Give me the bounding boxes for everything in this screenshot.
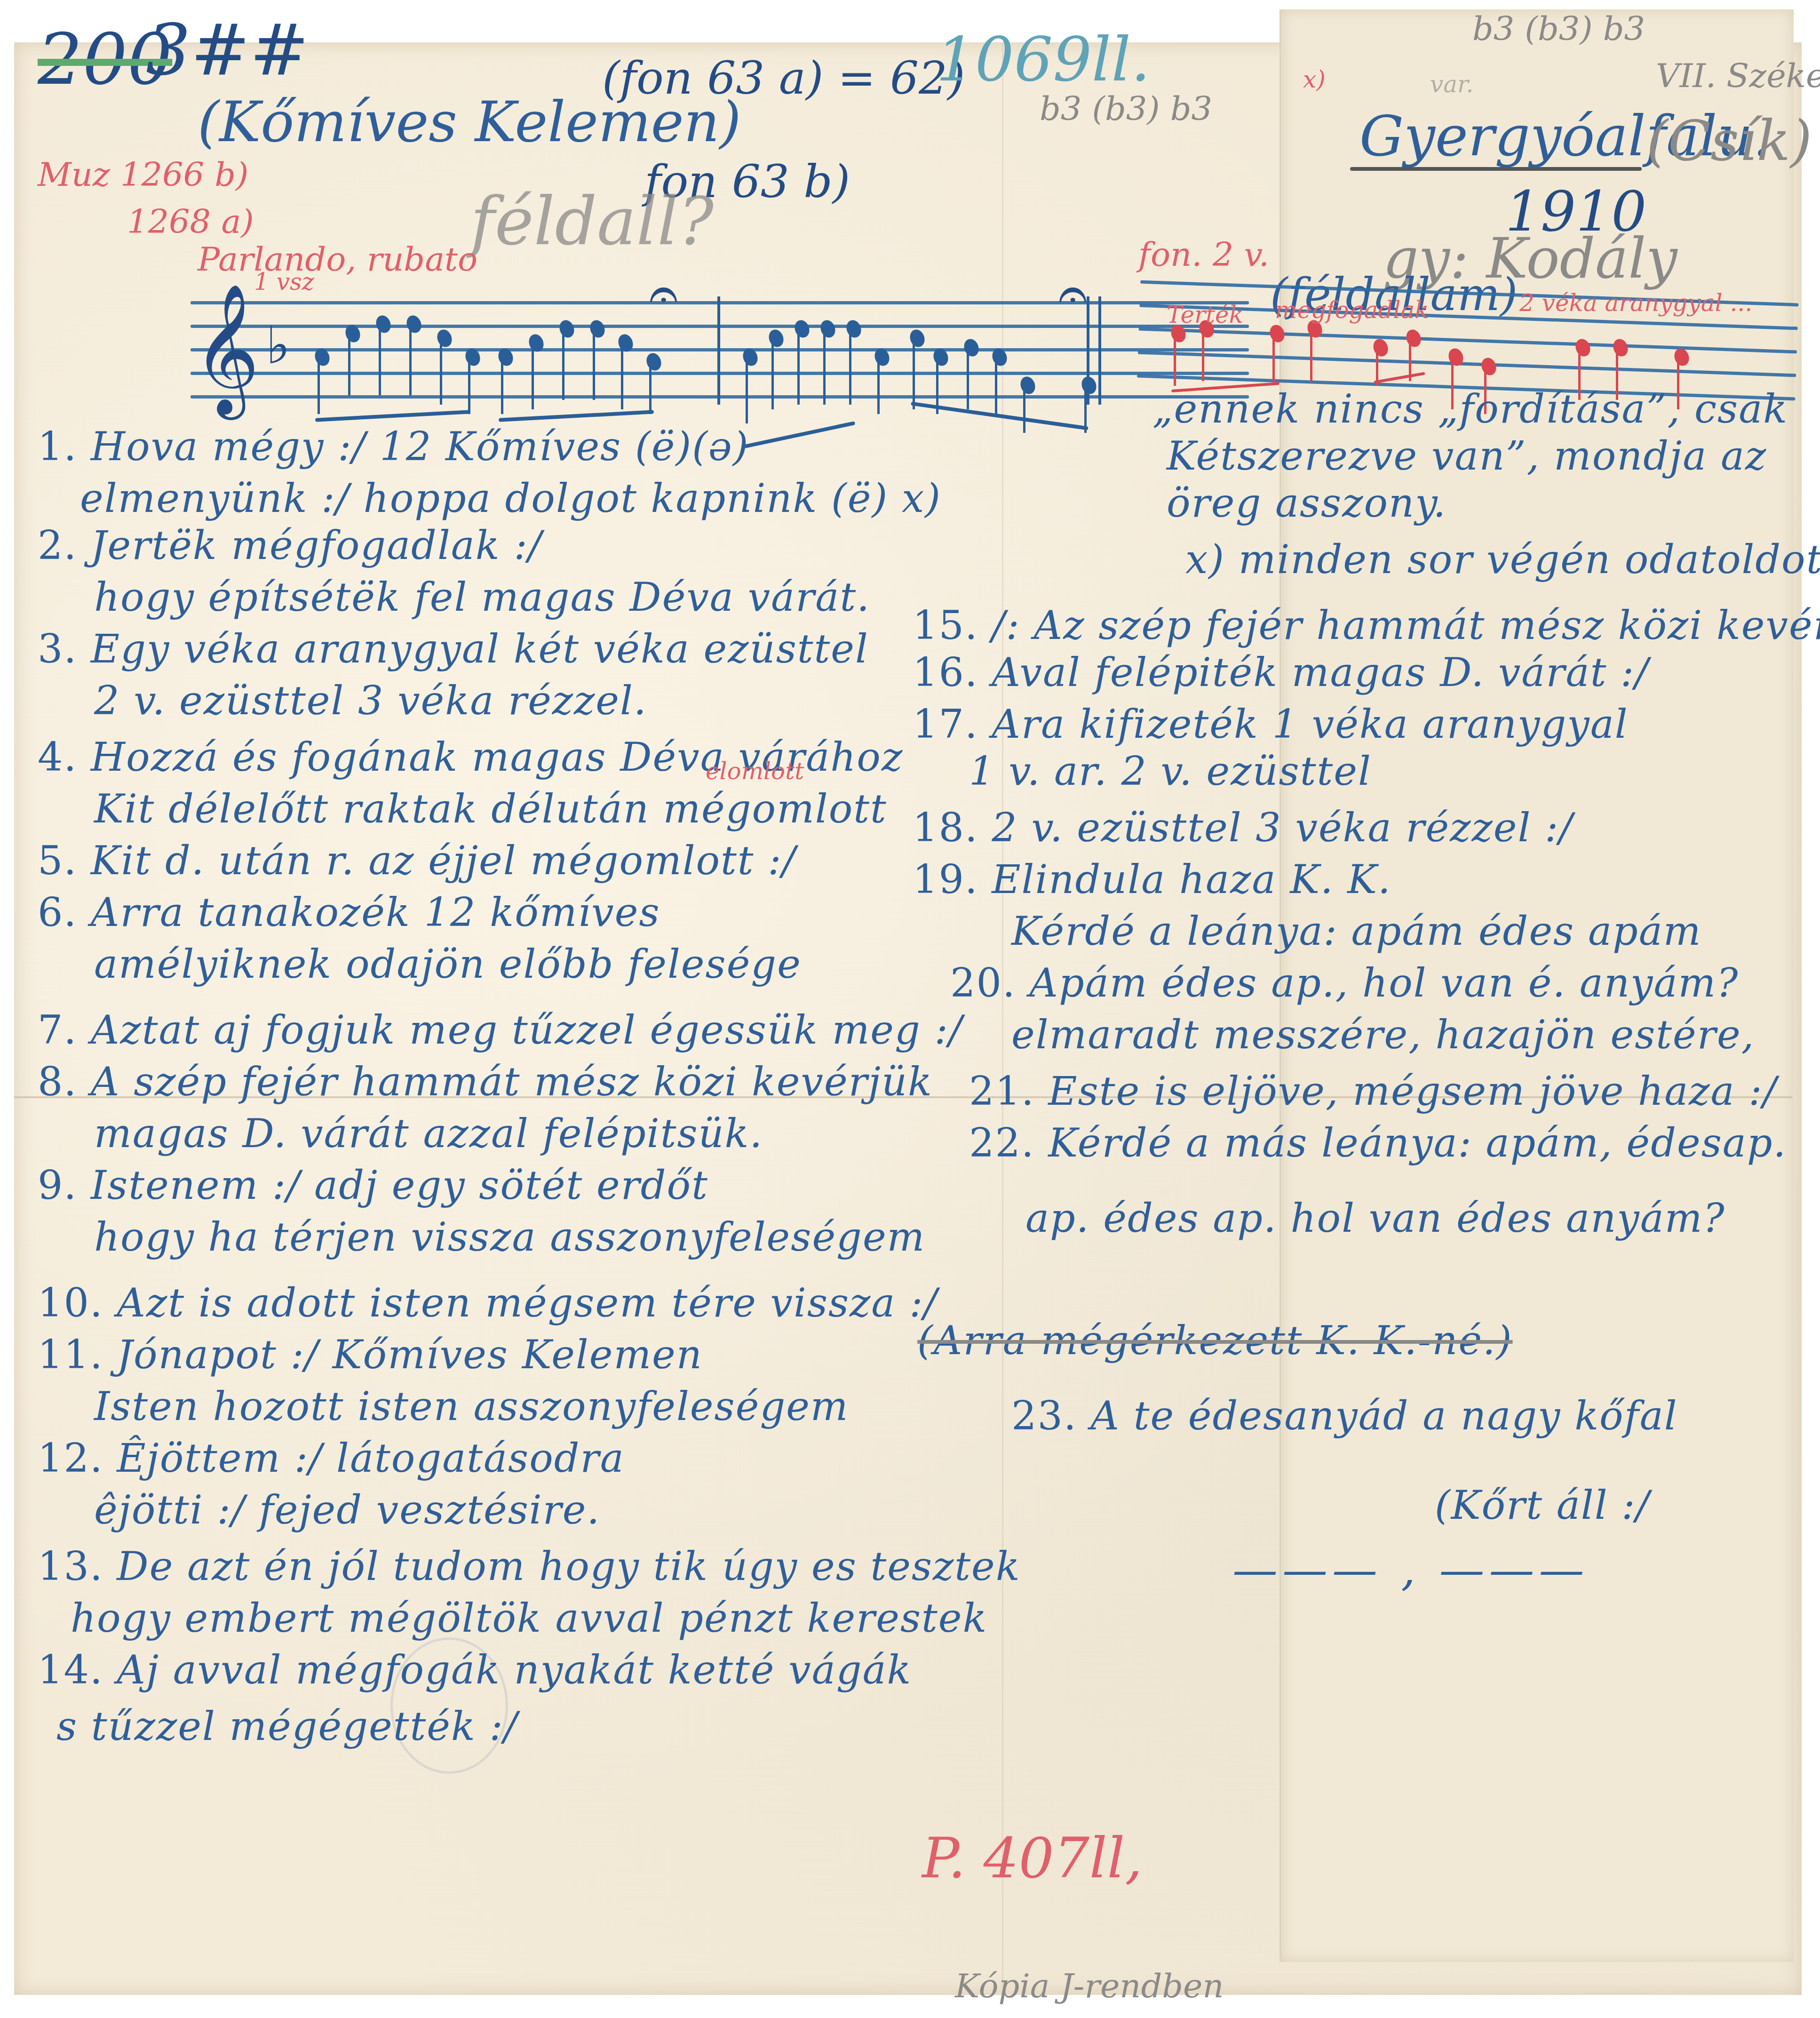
- verse-number: 15.: [913, 602, 978, 648]
- pencil-codes-right: b3 (b3) b3: [1472, 9, 1645, 48]
- verse-number: 7.: [38, 1007, 77, 1053]
- reference-a: (fon 63 a) = 62): [602, 52, 965, 104]
- verse-line: Isten hozott isten asszonyfeleségem: [94, 1383, 849, 1429]
- treble-clef-icon: 𝄞: [193, 282, 260, 415]
- closing-mark: ——— , ———: [1232, 1543, 1589, 1596]
- verse-number: 5.: [38, 838, 77, 884]
- verse-number: 13.: [38, 1543, 103, 1589]
- verse-line: magas D. várát azzal felépitsük.: [94, 1110, 763, 1157]
- location-underline: [1350, 167, 1642, 171]
- verse-number: 14.: [38, 1647, 103, 1693]
- catalog-number-teal: 1069ll.: [936, 24, 1150, 95]
- verse-number: 18.: [913, 805, 978, 851]
- flat-key-icon: ♭: [266, 315, 290, 375]
- verse-line: elmenyünk :/ hoppa dolgot kapnink (ë) x): [80, 475, 941, 521]
- verse-line: amélyiknek odajön előbb felesége: [94, 941, 802, 987]
- verse-line: Egy véka aranygyal két véka ezüsttel: [91, 626, 869, 672]
- verse-line: Aztat aj fogjuk meg tűzzel égessük meg :…: [91, 1007, 963, 1053]
- verse-line: De azt én jól tudom hogy tik úgy es tesz…: [117, 1543, 1020, 1589]
- museum-reference-2: 1268 a): [127, 202, 254, 241]
- verse-number: 4.: [38, 734, 77, 780]
- cancelled-line: (Arra mégérkezett K. K.-né.): [917, 1317, 1513, 1364]
- fermata-icon-1: 𝄐: [649, 263, 678, 325]
- verse-number: 22.: [969, 1120, 1035, 1166]
- verse-number: 8.: [38, 1059, 77, 1105]
- verse-number: 12.: [38, 1435, 103, 1481]
- verse-number: 10.: [38, 1280, 103, 1326]
- region-roman: VII. Székely: [1656, 56, 1820, 95]
- verse-line: êjötti :/ fejed vesztésire.: [94, 1487, 600, 1533]
- verse-number: 19.: [913, 856, 978, 902]
- verse-line: hogy embert mégöltök avval pénzt kereste…: [71, 1595, 987, 1641]
- verse-number: 9.: [38, 1162, 77, 1208]
- verse-line: Jertëk mégfogadlak :/: [91, 522, 542, 568]
- verse-line: Aval felépiték magas D. várát :/: [992, 649, 1649, 695]
- verse-line: 1 v. ar. 2 v. ezüsttel: [969, 748, 1372, 794]
- verse-number: 6.: [38, 889, 77, 935]
- verse-number: 2.: [38, 522, 77, 568]
- verse-line: 2 v. ezüsttel 3 véka rézzel.: [94, 678, 647, 724]
- verse-line: A szép fejér hammát mész közi kevérjük: [91, 1059, 933, 1105]
- verse-number: 20.: [950, 960, 1016, 1006]
- red-lyric-3: 2 véka aranygyal ...: [1519, 289, 1752, 317]
- region-pencil: (Csík): [1646, 108, 1812, 173]
- verse-line: Elindula haza K. K.: [992, 856, 1391, 902]
- verse-line: Este is eljöve, mégsem jöve haza :/: [1048, 1068, 1777, 1114]
- verse-line: (Kőrt áll :/: [1435, 1482, 1650, 1528]
- verse-1-marks: 1 vsz: [254, 268, 314, 295]
- verse-line: Jónapot :/ Kőmíves Kelemen: [117, 1332, 703, 1378]
- verse-number: 21.: [969, 1068, 1035, 1114]
- note-line-2: Kétszerezve van”, mondja az: [1167, 433, 1767, 479]
- verse-line: Kit d. után r. az éjjel mégomlott :/: [91, 838, 796, 884]
- verse-line: Istenem :/ adj egy sötét erdőt: [91, 1162, 708, 1208]
- verse-2-marks: fon. 2 v.: [1138, 235, 1269, 274]
- verse-number: 16.: [913, 649, 978, 695]
- note-line-3: öreg asszony.: [1167, 480, 1446, 526]
- verse-line: Arra tanakozék 12 kőmíves: [91, 889, 660, 935]
- verse-line: ap. édes ap. hol van édes anyám?: [1025, 1195, 1725, 1241]
- verse-number: 1.: [38, 423, 77, 470]
- red-catalog-number: P. 407ll,: [922, 1826, 1143, 1890]
- red-lyric-2: megfogadlak: [1275, 296, 1429, 324]
- tempo-marking: Parlando, rubato: [198, 240, 477, 279]
- red-lyric-1: Terték: [1167, 301, 1243, 328]
- verse-line: Kérdé a más leánya: apám, édesap.: [1048, 1120, 1787, 1166]
- fermata-icon-2: 𝄐: [1058, 263, 1087, 325]
- red-correction: elomlott: [706, 758, 804, 785]
- verse-line: hogy ha térjen vissza asszonyfeleségem: [94, 1214, 925, 1260]
- new-number: 3##: [146, 9, 309, 91]
- verse-line: elmaradt messzére, hazajön estére,: [1011, 1012, 1755, 1058]
- verse-line: s tűzzel mégégették :/: [56, 1703, 518, 1749]
- verse-line: /: Az szép fejér hammát mész közi kevéré…: [992, 602, 1820, 648]
- verse-number: 17.: [913, 701, 978, 747]
- verse-line: A te édesanyád a nagy kőfal: [1090, 1393, 1677, 1439]
- red-x-mark: x): [1303, 66, 1326, 93]
- verse-line: Kérdé a leánya: apám édes apám: [1011, 908, 1702, 954]
- verse-number: 3.: [38, 626, 77, 672]
- verse-number: 11.: [38, 1332, 103, 1378]
- verse-line: Êjöttem :/ látogatásodra: [117, 1435, 624, 1481]
- pencil-copy-note: Kópia J-rendben: [955, 1967, 1224, 2005]
- museum-reference: Muz 1266 b): [38, 155, 248, 194]
- verse-line: 2 v. ezüsttel 3 véka rézzel :/: [992, 805, 1573, 851]
- verse-number: 23.: [1011, 1393, 1077, 1439]
- verse-line: hogy építsétëk fel magas Déva várát.: [94, 574, 870, 620]
- verse-line: Azt is adott isten mégsem tére vissza :/: [117, 1280, 938, 1326]
- verse-line: Apám édes ap., hol van é. anyám?: [1029, 960, 1739, 1006]
- note-line-1: „ennek nincs „fordítása”, csak: [1152, 386, 1788, 432]
- pencil-var-note: var.: [1430, 71, 1473, 98]
- footnote: x) minden sor végén odatoldott -ë.: [1185, 536, 1820, 582]
- pencil-codes-center: b3 (b3) b3: [1040, 89, 1212, 128]
- pencil-query: féldall?: [470, 183, 714, 260]
- verse-line: Hova mégy :/ 12 Kőmíves (ë)(ə): [91, 423, 749, 470]
- verse-line: Ara kifizeték 1 véka aranygyal: [992, 701, 1628, 747]
- verse-line: Aj avval mégfogák nyakát ketté vágák: [117, 1647, 912, 1693]
- verse-line: Kit délelőtt raktak délután mégomlott: [94, 786, 887, 832]
